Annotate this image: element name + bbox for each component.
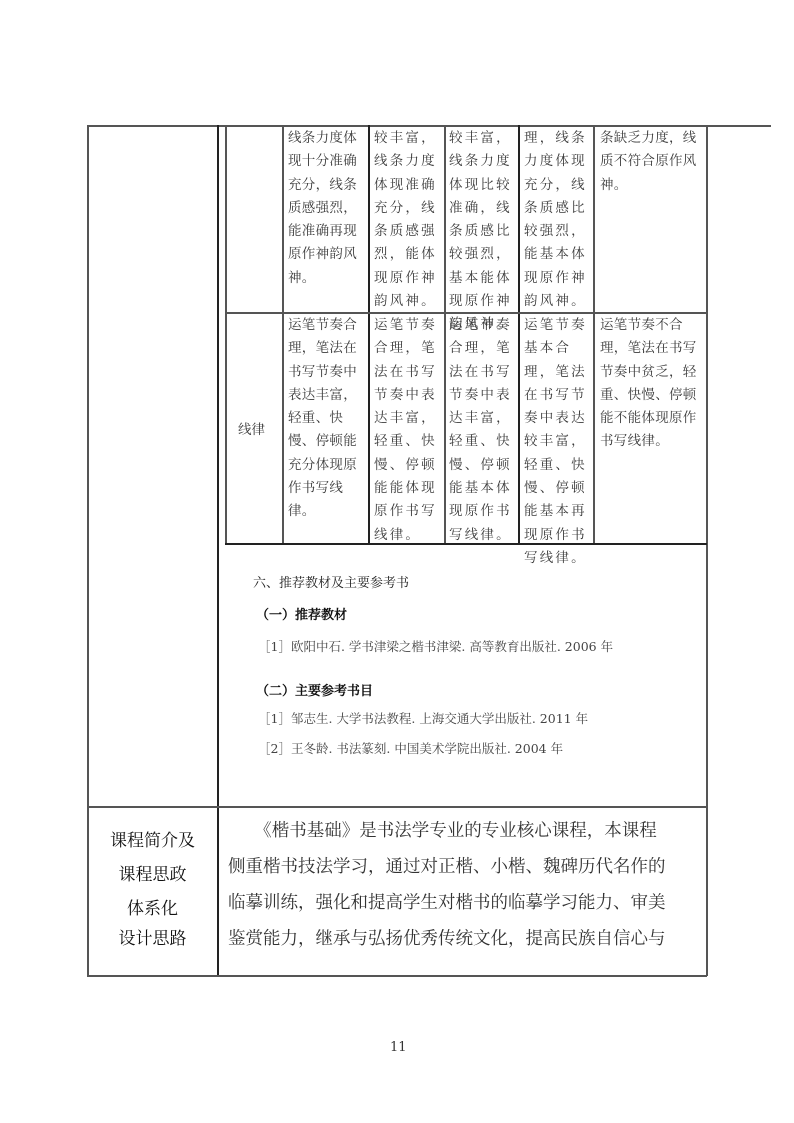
- rubric-cell: 条缺乏力度，线质不符合原作风神。: [600, 127, 702, 197]
- textbook-item: ［1］欧阳中石. 学书津梁之楷书津梁. 高等教育出版社. 2006 年: [258, 637, 613, 655]
- bibliography-item: ［1］邹志生. 大学书法教程. 上海交通大学出版社. 2011 年: [258, 709, 588, 727]
- bibliography-title: （二）主要参考书目: [256, 680, 373, 699]
- row-label-xianlv: 线律: [238, 418, 265, 438]
- label-line: 课程思政: [88, 860, 217, 894]
- intro-line: 临摹训练，强化和提高学生对楷书的临摹学习能力、审美: [228, 885, 704, 921]
- label-line: 设计思路: [88, 924, 217, 954]
- rubric-cell: 运笔节奏不合理，笔法在书写节奏中贫乏，轻重、快慢、停顿能不能体现原作书写线律。: [600, 314, 702, 454]
- label-column-divider: [217, 125, 219, 976]
- bibliography-item: ［2］王冬龄. 书法篆刻. 中国美术学院出版社. 2004 年: [258, 739, 563, 757]
- rubric-cell: 较丰富，线条力度体现准确充分，线条质感强烈，能体现原作神韵风神。: [374, 127, 444, 313]
- label-line: 课程简介及: [88, 826, 217, 860]
- intro-line: 鉴赏能力，继承与弘扬优秀传统文化，提高民族自信心与: [228, 921, 704, 957]
- rubric-cell: 运笔节奏合理，笔法在书写节奏中表达丰富，轻重、快慢、停顿能基本体现原作书写线律。: [449, 314, 519, 547]
- outer-right-border: [706, 125, 708, 976]
- section-divider: [87, 806, 707, 808]
- rubric-cell: 运笔节奏合理，笔法在书写节奏中表达丰富，轻重、快慢、停顿能能体现原作书写线律。: [374, 314, 444, 547]
- inner-col-divider-3: [444, 125, 446, 544]
- inner-table-left-border: [225, 125, 227, 544]
- page-number: 11: [390, 1040, 407, 1055]
- rubric-cell: 理，线条力度体现充分，线条质感比较强烈，能基本体现原作神韵风神。: [524, 127, 594, 313]
- label-line: 体系化: [88, 894, 217, 924]
- intro-line: 《楷书基础》是书法学专业的专业核心课程，本课程: [228, 813, 704, 849]
- outer-bottom-border: [87, 975, 707, 977]
- inner-col-divider-1: [282, 125, 284, 544]
- section-title: 六、推荐教材及主要参考书: [253, 572, 409, 591]
- intro-line: 侧重楷书技法学习，通过对正楷、小楷、魏碑历代名作的: [228, 849, 704, 885]
- course-intro-label: 课程简介及 课程思政 体系化 设计思路: [88, 826, 217, 954]
- textbooks-title: （一）推荐教材: [256, 604, 347, 623]
- course-intro-text: 《楷书基础》是书法学专业的专业核心课程，本课程 侧重楷书技法学习，通过对正楷、小…: [228, 813, 704, 957]
- rubric-cell: 运笔节奏基本合理，笔法在书写节奏中表达较丰富，轻重、快慢、停顿能基本再现原作书写…: [524, 314, 594, 570]
- rubric-cell: 线条力度体现十分准确充分，线条质感强烈，能准确再现原作神韵风神。: [288, 127, 366, 290]
- rubric-cell: 较丰富，线条力度体现比较准确，线条质感比较强烈，基本能体现原作神韵风神。: [449, 127, 519, 337]
- inner-col-divider-2: [368, 125, 370, 544]
- rubric-cell: 运笔节奏合理，笔法在书写节奏中表达丰富，轻重、快慢、停顿能充分体现原作书写线律。: [288, 314, 366, 524]
